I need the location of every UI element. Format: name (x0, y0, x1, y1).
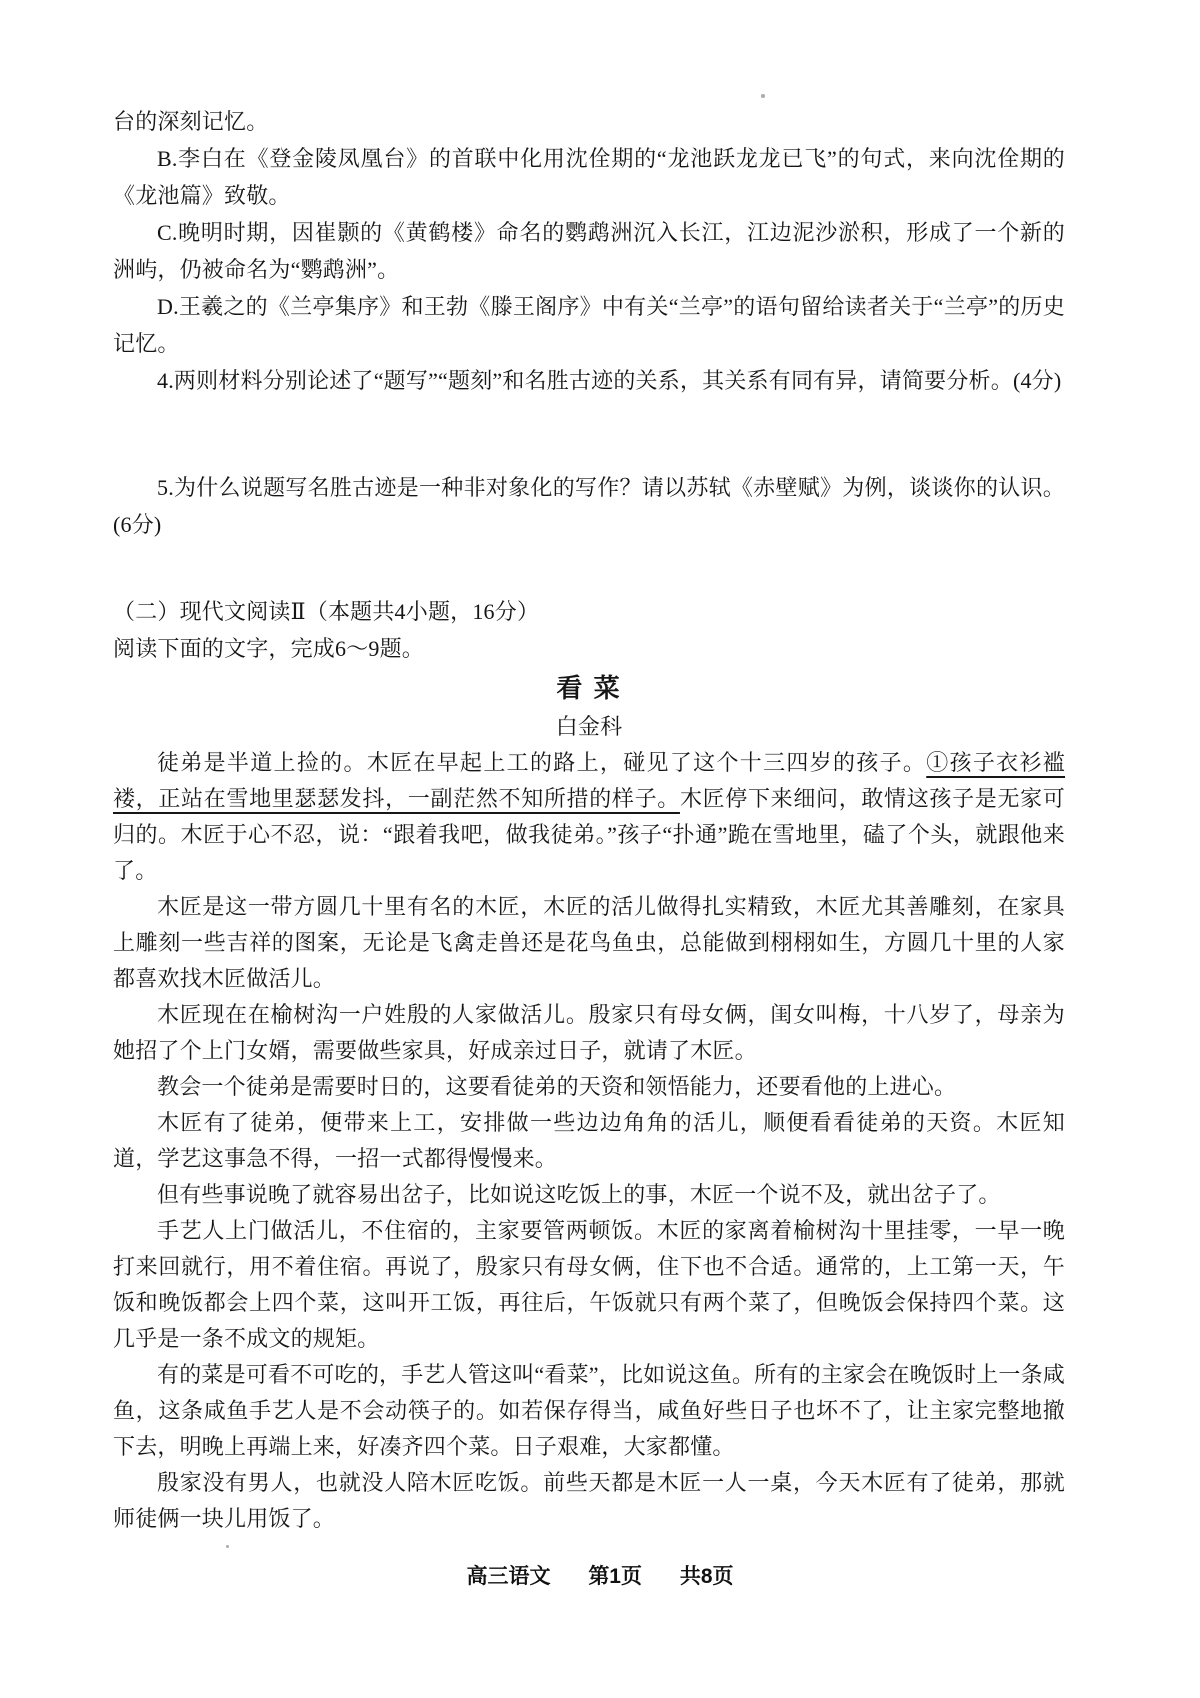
text-run: D.王羲之的《兰亭集序》和王勃《滕王阁序》中有关“兰亭”的语句留给读者关于“兰亭… (113, 294, 1065, 356)
question-5: 5.为什么说题写名胜古迹是一种非对象化的写作？请以苏轼《赤壁赋》为例，谈谈你的认… (113, 469, 1065, 543)
text-run: 5.为什么说题写名胜古迹是一种非对象化的写作？请以苏轼《赤壁赋》为例，谈谈你的认… (113, 475, 1065, 537)
reading-instruction: 阅读下面的文字，完成6～9题。 (113, 630, 1065, 667)
section-heading: （二）现代文阅读Ⅱ（本题共4小题，16分） (113, 593, 1065, 630)
answer-space (113, 399, 1065, 469)
text-run: 教会一个徒弟是需要时日的，这要看徒弟的天资和领悟能力，还要看他的上进心。 (157, 1074, 956, 1099)
text-run: 台的深刻记忆。 (113, 109, 268, 134)
text-run: 徒弟是半道上捡的。木匠在早起上工的路上，碰见了这个十三四岁的孩子。 (157, 750, 926, 775)
story-paragraph-6: 但有些事说晚了就容易出岔子，比如说这吃饭上的事，木匠一个说不及，就出岔子了。 (113, 1177, 1065, 1213)
question-4: 4.两则材料分别论述了“题写”“题刻”和名胜古迹的关系，其关系有同有异，请简要分… (113, 362, 1065, 399)
text-run: 但有些事说晚了就容易出岔子，比如说这吃饭上的事，木匠一个说不及，就出岔子了。 (157, 1182, 1001, 1207)
story-paragraph-1: 徒弟是半道上捡的。木匠在早起上工的路上，碰见了这个十三四岁的孩子。①孩子衣衫褴褛… (113, 745, 1065, 889)
answer-space (113, 543, 1065, 593)
footer-page-number: 第1页 (588, 1565, 642, 1588)
text-run: B.李白在《登金陵凤凰台》的首联中化用沈佺期的“龙池跃龙龙已飞”的句式，来向沈佺… (113, 146, 1065, 208)
text-run: 殷家没有男人，也就没人陪木匠吃饭。前些天都是木匠一人一桌，今天木匠有了徒弟，那就… (113, 1470, 1065, 1531)
text-run: 白金科 (556, 714, 623, 739)
story-author: 白金科 (113, 709, 1065, 745)
scan-speck (761, 94, 765, 98)
story-title: 看 菜 (113, 667, 1065, 709)
text-run: 4.两则材料分别论述了“题写”“题刻”和名胜古迹的关系，其关系有同有异，请简要分… (157, 368, 1061, 393)
option-a-carryover: 台的深刻记忆。 (113, 103, 1065, 140)
exam-page: 台的深刻记忆。B.李白在《登金陵凤凰台》的首联中化用沈佺期的“龙池跃龙龙已飞”的… (0, 0, 1200, 1698)
option-b: B.李白在《登金陵凤凰台》的首联中化用沈佺期的“龙池跃龙龙已飞”的句式，来向沈佺… (113, 140, 1065, 214)
footer-course: 高三语文 (466, 1565, 550, 1588)
story-paragraph-8: 有的菜是可看不可吃的，手艺人管这叫“看菜”，比如说这鱼。所有的主家会在晚饭时上一… (113, 1357, 1065, 1465)
text-run: 看 菜 (556, 673, 621, 703)
text-run: 有的菜是可看不可吃的，手艺人管这叫“看菜”，比如说这鱼。所有的主家会在晚饭时上一… (113, 1362, 1065, 1459)
story-paragraph-4: 教会一个徒弟是需要时日的，这要看徒弟的天资和领悟能力，还要看他的上进心。 (113, 1069, 1065, 1105)
story-paragraph-9: 殷家没有男人，也就没人陪木匠吃饭。前些天都是木匠一人一桌，今天木匠有了徒弟，那就… (113, 1465, 1065, 1537)
story-paragraph-3: 木匠现在在榆树沟一户姓殷的人家做活儿。殷家只有母女俩，闺女叫梅，十八岁了，母亲为… (113, 997, 1065, 1069)
text-run: 木匠现在在榆树沟一户姓殷的人家做活儿。殷家只有母女俩，闺女叫梅，十八岁了，母亲为… (113, 1002, 1065, 1063)
option-d: D.王羲之的《兰亭集序》和王勃《滕王阁序》中有关“兰亭”的语句留给读者关于“兰亭… (113, 288, 1065, 362)
story-paragraph-5: 木匠有了徒弟，便带来上工，安排做一些边边角角的活儿，顺便看看徒弟的天资。木匠知道… (113, 1105, 1065, 1177)
text-run: 木匠是这一带方圆几十里有名的木匠，木匠的活儿做得扎实精致，木匠尤其善雕刻，在家具… (113, 894, 1065, 991)
footer-page-total: 共8页 (680, 1565, 734, 1588)
text-run: 木匠有了徒弟，便带来上工，安排做一些边边角角的活儿，顺便看看徒弟的天资。木匠知道… (113, 1110, 1065, 1171)
text-run: 手艺人上门做活儿，不住宿的，主家要管两顿饭。木匠的家离着榆树沟十里挂零，一早一晚… (113, 1218, 1065, 1351)
text-run: C.晚明时期，因崔颢的《黄鹤楼》命名的鹦鹉洲沉入长江，江边泥沙淤积，形成了一个新… (113, 220, 1065, 282)
scan-speck (226, 1545, 229, 1548)
text-run: （二）现代文阅读Ⅱ（本题共4小题，16分） (113, 599, 539, 624)
option-c: C.晚明时期，因崔颢的《黄鹤楼》命名的鹦鹉洲沉入长江，江边泥沙淤积，形成了一个新… (113, 214, 1065, 288)
text-run: 阅读下面的文字，完成6～9题。 (113, 636, 424, 661)
document-body: 台的深刻记忆。B.李白在《登金陵凤凰台》的首联中化用沈佺期的“龙池跃龙龙已飞”的… (113, 103, 1065, 1537)
story-paragraph-2: 木匠是这一带方圆几十里有名的木匠，木匠的活儿做得扎实精致，木匠尤其善雕刻，在家具… (113, 889, 1065, 997)
page-footer: 高三语文 第1页 共8页 (0, 1560, 1200, 1590)
story-paragraph-7: 手艺人上门做活儿，不住宿的，主家要管两顿饭。木匠的家离着榆树沟十里挂零，一早一晚… (113, 1213, 1065, 1357)
